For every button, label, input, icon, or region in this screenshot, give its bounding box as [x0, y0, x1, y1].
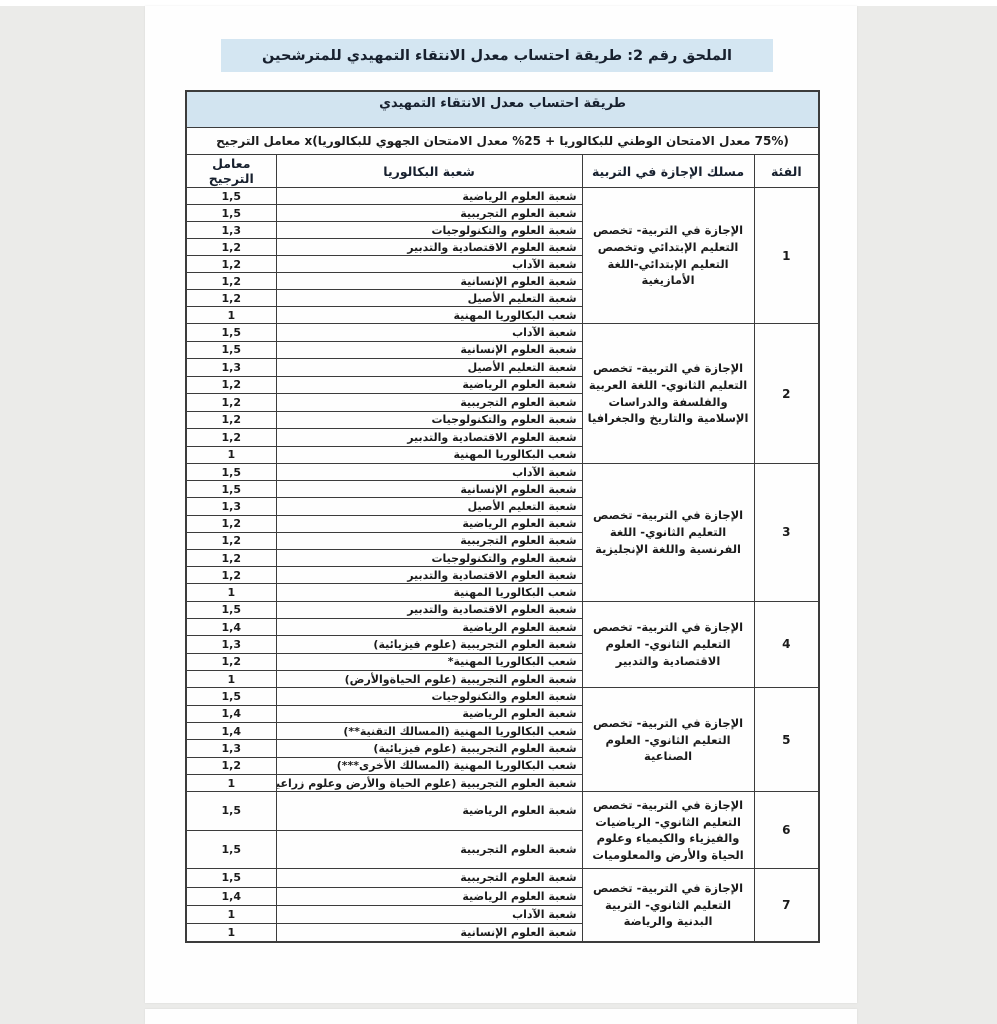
formula-row: (75% معدل الامتحان الوطني للبكالوريا + 2… — [186, 128, 819, 155]
coefficient-cell: 1,2 — [186, 429, 276, 447]
table-row: 3الإجازة في التربية- تخصص التعليم الثانو… — [186, 464, 819, 481]
track-cell: الإجازة في التربية- تخصص التعليم الثانوي… — [582, 324, 754, 464]
coefficient-cell: 1,2 — [186, 376, 276, 394]
coefficient-cell: 1,3 — [186, 498, 276, 515]
column-header-branch: شعبة البكالوريا — [276, 155, 582, 188]
track-cell: الإجازة في التربية- تخصص التعليم الثانوي… — [582, 601, 754, 688]
coefficient-cell: 1,4 — [186, 723, 276, 740]
coefficient-cell: 1,2 — [186, 290, 276, 307]
column-header-category: الفئة — [754, 155, 819, 188]
branch-cell: شعبة العلوم الإنسانية — [276, 341, 582, 359]
branch-cell: شعبة العلوم الرياضية — [276, 792, 582, 831]
selection-average-table: طريقة احتساب معدل الانتقاء التمهيدي (75%… — [185, 90, 820, 943]
branch-cell: شعبة العلوم التجريبية — [276, 394, 582, 412]
coefficient-cell: 1,2 — [186, 549, 276, 566]
branch-cell: شعبة الآداب — [276, 905, 582, 923]
category-cell: 3 — [754, 464, 819, 602]
next-page-edge — [145, 1009, 857, 1024]
coefficient-cell: 1,5 — [186, 481, 276, 498]
coefficient-cell: 1,3 — [186, 222, 276, 239]
coefficient-cell: 1,2 — [186, 653, 276, 670]
track-cell: الإجازة في التربية- تخصص التعليم الثانوي… — [582, 464, 754, 602]
coefficient-cell: 1,4 — [186, 887, 276, 905]
branch-cell: شعبة العلوم الإنسانية — [276, 481, 582, 498]
table-row: 4الإجازة في التربية- تخصص التعليم الثانو… — [186, 601, 819, 618]
column-header-track: مسلك الإجازة في التربية — [582, 155, 754, 188]
branch-cell: شعبة العلوم الرياضية — [276, 515, 582, 532]
document-page: الملحق رقم 2: طريقة احتساب معدل الانتقاء… — [145, 6, 857, 1003]
branch-cell: شعبة العلوم التجريبية (علوم فيزيائية) — [276, 636, 582, 653]
coefficient-cell: 1,4 — [186, 705, 276, 722]
column-header-coefficient: معامل الترجيح — [186, 155, 276, 188]
coefficient-cell: 1,5 — [186, 830, 276, 869]
branch-cell: شعبة التعليم الأصيل — [276, 498, 582, 515]
branch-cell: شعبة العلوم الرياضية — [276, 887, 582, 905]
coefficient-cell: 1,2 — [186, 394, 276, 412]
coefficient-cell: 1,2 — [186, 757, 276, 774]
branch-cell: شعبة العلوم والتكنولوجيات — [276, 688, 582, 705]
branch-cell: شعبة العلوم التجريبية — [276, 532, 582, 549]
category-cell: 1 — [754, 188, 819, 324]
track-cell: الإجازة في التربية- تخصص التعليم الثانوي… — [582, 792, 754, 869]
coefficient-cell: 1,2 — [186, 567, 276, 584]
branch-cell: شعبة العلوم التجريبية — [276, 830, 582, 869]
coefficient-cell: 1,2 — [186, 256, 276, 273]
coefficient-cell: 1 — [186, 584, 276, 601]
branch-cell: شعبة العلوم الرياضية — [276, 618, 582, 635]
table-title: طريقة احتساب معدل الانتقاء التمهيدي — [186, 91, 819, 128]
coefficient-cell: 1,2 — [186, 239, 276, 256]
branch-cell: شعبة العلوم الاقتصادية والتدبير — [276, 567, 582, 584]
coefficient-cell: 1 — [186, 905, 276, 923]
branch-cell: شعبة العلوم الإنسانية — [276, 924, 582, 942]
branch-cell: شعب البكالوريا المهنية — [276, 307, 582, 324]
coefficient-cell: 1,3 — [186, 740, 276, 757]
track-cell: الإجازة في التربية- تخصص التعليم الثانوي… — [582, 688, 754, 792]
branch-cell: شعبة التعليم الأصيل — [276, 359, 582, 377]
coefficient-cell: 1,5 — [186, 188, 276, 205]
branch-cell: شعبة العلوم الرياضية — [276, 705, 582, 722]
category-cell: 6 — [754, 792, 819, 869]
branch-cell: شعبة العلوم التجريبية — [276, 869, 582, 887]
table-row: 2الإجازة في التربية- تخصص التعليم الثانو… — [186, 324, 819, 342]
coefficient-cell: 1,5 — [186, 792, 276, 831]
coefficient-cell: 1 — [186, 924, 276, 942]
table-row: 1الإجازة في التربية- تخصص التعليم الإبتد… — [186, 188, 819, 205]
track-cell: الإجازة في التربية- تخصص التعليم الثانوي… — [582, 869, 754, 942]
coefficient-cell: 1,5 — [186, 341, 276, 359]
coefficient-cell: 1 — [186, 307, 276, 324]
branch-cell: شعب البكالوريا المهنية* — [276, 653, 582, 670]
branch-cell: شعبة العلوم الاقتصادية والتدبير — [276, 239, 582, 256]
branch-cell: شعبة العلوم التجريبية (علوم فيزيائية) — [276, 740, 582, 757]
branch-cell: شعبة العلوم والتكنولوجيات — [276, 222, 582, 239]
coefficient-cell: 1 — [186, 671, 276, 688]
branch-cell: شعب البكالوريا المهنية — [276, 584, 582, 601]
branch-cell: شعب البكالوريا المهنية — [276, 446, 582, 464]
track-cell: الإجازة في التربية- تخصص التعليم الإبتدا… — [582, 188, 754, 324]
branch-cell: شعب البكالوريا المهنية (المسالك الأخرى**… — [276, 757, 582, 774]
coefficient-cell: 1,2 — [186, 273, 276, 290]
branch-cell: شعبة العلوم الاقتصادية والتدبير — [276, 429, 582, 447]
category-cell: 4 — [754, 601, 819, 688]
coefficient-cell: 1,2 — [186, 411, 276, 429]
table-row: 7الإجازة في التربية- تخصص التعليم الثانو… — [186, 869, 819, 887]
branch-cell: شعبة العلوم التجريبية (علوم الحياةوالأرض… — [276, 671, 582, 688]
coefficient-cell: 1,2 — [186, 532, 276, 549]
annex-title: الملحق رقم 2: طريقة احتساب معدل الانتقاء… — [262, 48, 732, 64]
coefficient-cell: 1,5 — [186, 324, 276, 342]
coefficient-cell: 1,5 — [186, 869, 276, 887]
branch-cell: شعبة الآداب — [276, 256, 582, 273]
coefficient-cell: 1 — [186, 774, 276, 791]
branch-cell: شعبة العلوم التجريبية (علوم الحياة والأر… — [276, 774, 582, 791]
category-cell: 5 — [754, 688, 819, 792]
branch-cell: شعبة العلوم والتكنولوجيات — [276, 549, 582, 566]
coefficient-cell: 1,2 — [186, 515, 276, 532]
column-header-row: الفئة مسلك الإجازة في التربية شعبة البكا… — [186, 155, 819, 188]
coefficient-cell: 1,4 — [186, 618, 276, 635]
coefficient-cell: 1,5 — [186, 688, 276, 705]
branch-cell: شعبة العلوم الإنسانية — [276, 273, 582, 290]
coefficient-cell: 1,5 — [186, 205, 276, 222]
branch-cell: شعب البكالوريا المهنية (المسالك التقنية*… — [276, 723, 582, 740]
coefficient-cell: 1,3 — [186, 359, 276, 377]
table-title-row: طريقة احتساب معدل الانتقاء التمهيدي — [186, 91, 819, 128]
branch-cell: شعبة الآداب — [276, 324, 582, 342]
category-cell: 7 — [754, 869, 819, 942]
coefficient-cell: 1,3 — [186, 636, 276, 653]
annex-title-banner: الملحق رقم 2: طريقة احتساب معدل الانتقاء… — [221, 39, 773, 72]
category-cell: 2 — [754, 324, 819, 464]
coefficient-cell: 1 — [186, 446, 276, 464]
formula-text: (75% معدل الامتحان الوطني للبكالوريا + 2… — [186, 128, 819, 155]
table-row: 5الإجازة في التربية- تخصص التعليم الثانو… — [186, 688, 819, 705]
branch-cell: شعبة التعليم الأصيل — [276, 290, 582, 307]
branch-cell: شعبة العلوم الرياضية — [276, 188, 582, 205]
table-row: 6الإجازة في التربية- تخصص التعليم الثانو… — [186, 792, 819, 831]
coefficient-cell: 1,5 — [186, 464, 276, 481]
branch-cell: شعبة العلوم الرياضية — [276, 376, 582, 394]
branch-cell: شعبة الآداب — [276, 464, 582, 481]
branch-cell: شعبة العلوم التجريبية — [276, 205, 582, 222]
branch-cell: شعبة العلوم والتكنولوجيات — [276, 411, 582, 429]
coefficient-cell: 1,5 — [186, 601, 276, 618]
branch-cell: شعبة العلوم الاقتصادية والتدبير — [276, 601, 582, 618]
